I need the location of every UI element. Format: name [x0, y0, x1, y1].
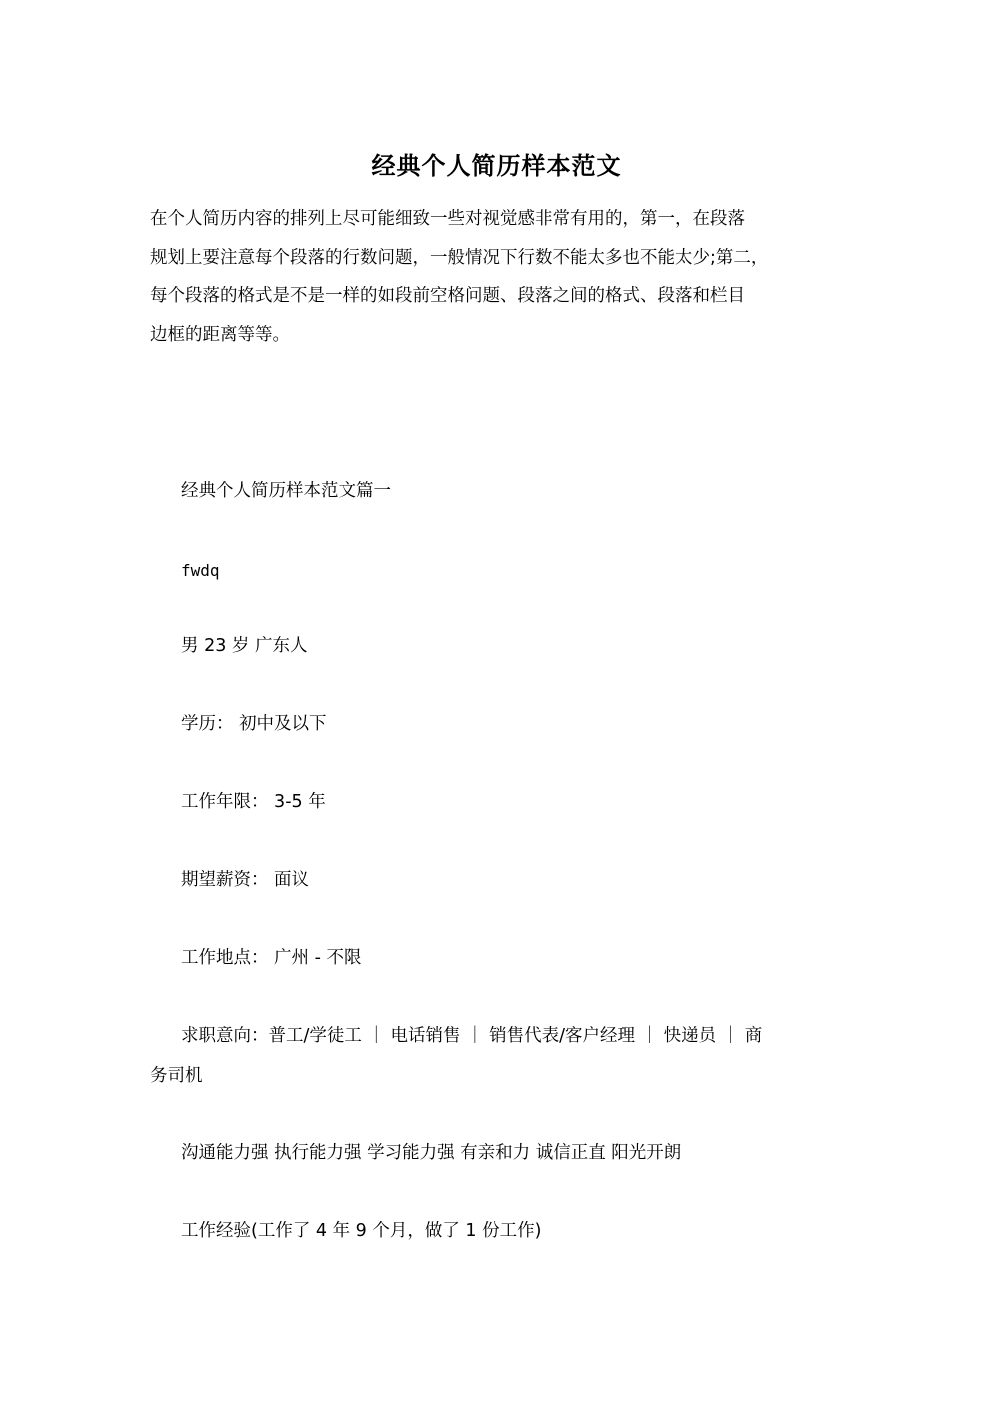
work-experience-heading: 工作经验(工作了 4 年 9 个月，做了 1 份工作)	[181, 1218, 541, 1244]
education-field: 学历： 初中及以下	[181, 711, 327, 737]
work-years-field: 工作年限： 3-5 年	[181, 789, 326, 815]
intro-line: 每个段落的格式是不是一样的如段前空格问题、段落之间的格式、段落和栏目	[150, 277, 860, 316]
job-intention-field: 求职意向：普工/学徒工 ｜ 电话销售 ｜ 销售代表/客户经理 ｜ 快递员 ｜ 商…	[150, 1016, 850, 1096]
work-location-field: 工作地点： 广州 - 不限	[181, 945, 362, 971]
intro-line: 规划上要注意每个段落的行数问题，一般情况下行数不能太多也不能太少;第二，	[150, 239, 860, 278]
job-intention-line: 务司机	[150, 1056, 850, 1096]
section-heading: 经典个人简历样本范文篇一	[181, 478, 391, 504]
basic-info: 男 23 岁 广东人	[181, 633, 307, 659]
job-intention-line: 求职意向：普工/学徒工 ｜ 电话销售 ｜ 销售代表/客户经理 ｜ 快递员 ｜ 商	[150, 1016, 850, 1056]
intro-line: 在个人简历内容的排列上尽可能细致一些对视觉感非常有用的，第一，在段落	[150, 200, 860, 239]
document-page: 经典个人简历样本范文 在个人简历内容的排列上尽可能细致一些对视觉感非常有用的，第…	[0, 0, 993, 1404]
document-title: 经典个人简历样本范文	[0, 148, 993, 184]
intro-line: 边框的距离等等。	[150, 316, 860, 355]
strengths-field: 沟通能力强 执行能力强 学习能力强 有亲和力 诚信正直 阳光开朗	[181, 1140, 681, 1166]
expected-salary-field: 期望薪资： 面议	[181, 867, 309, 893]
candidate-name: fwdq	[181, 558, 220, 584]
intro-paragraph: 在个人简历内容的排列上尽可能细致一些对视觉感非常有用的，第一，在段落 规划上要注…	[150, 200, 860, 354]
